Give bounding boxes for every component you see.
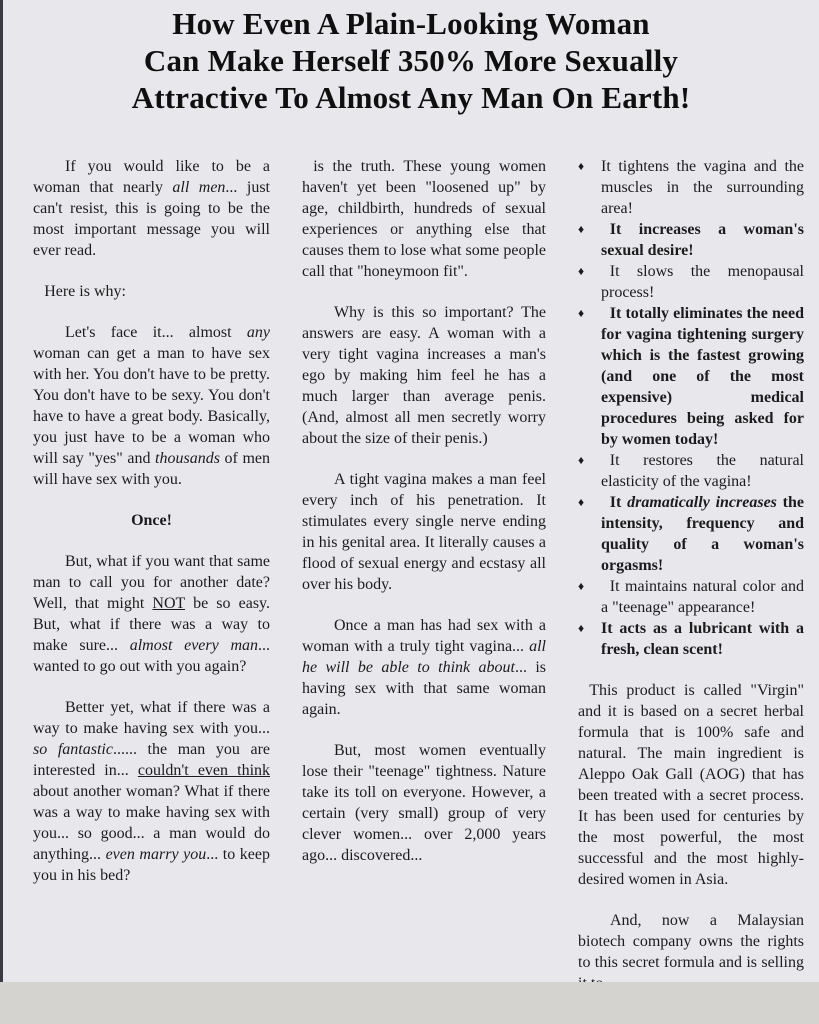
bottom-gray-band bbox=[0, 982, 819, 1024]
bullet-text: It maintains natural color and a "teenag… bbox=[601, 576, 804, 618]
text-run: It bbox=[610, 494, 627, 511]
text-run: It acts as a lubricant with a fresh, cle… bbox=[601, 620, 804, 658]
article-columns: If you would like to be a woman that nea… bbox=[33, 156, 804, 994]
column-left: If you would like to be a woman that nea… bbox=[33, 156, 270, 994]
bullet-text: It tightens the vagina and the muscles i… bbox=[601, 156, 804, 219]
benefits-bullet-list: ♦It tightens the vagina and the muscles … bbox=[578, 156, 804, 660]
text-run: But, most women eventually lose their "t… bbox=[302, 742, 546, 864]
bullet-item: ♦It slows the menopausal process! bbox=[578, 261, 804, 303]
text-run: It restores the natural elasticity of th… bbox=[601, 452, 804, 490]
text-run: This product is called "Virgin" and it i… bbox=[578, 682, 804, 888]
text-run: any bbox=[247, 324, 270, 341]
paragraph: But, what if you want that same man to c… bbox=[33, 551, 270, 677]
text-run: Once! bbox=[131, 512, 172, 529]
advertisement-page: { "theme": { "page_bg": "#e8e8ec", "band… bbox=[0, 0, 819, 1024]
headline: How Even A Plain-Looking Woman Can Make … bbox=[3, 5, 819, 116]
paragraph: Let's face it... almost any woman can ge… bbox=[33, 322, 270, 490]
text-run: Let's face it... almost bbox=[65, 324, 247, 341]
paragraph: A tight vagina makes a man feel every in… bbox=[302, 469, 546, 595]
column-right: ♦It tightens the vagina and the muscles … bbox=[578, 156, 804, 994]
paragraph: Why is this so important? The answers ar… bbox=[302, 302, 546, 449]
bullet-item: ♦It dramatically increases the intensity… bbox=[578, 492, 804, 576]
text-run: is the truth. These young women haven't … bbox=[302, 158, 546, 280]
text-run: Better yet, what if there was a way to m… bbox=[33, 699, 270, 737]
bullet-item: ♦It maintains natural color and a "teena… bbox=[578, 576, 804, 618]
text-run: almost every man bbox=[130, 637, 258, 654]
bullet-item: ♦It increases a woman's sexual desire! bbox=[578, 219, 804, 261]
bullet-item: ♦It totally eliminates the need for vagi… bbox=[578, 303, 804, 450]
paragraph: Once a man has had sex with a woman with… bbox=[302, 615, 546, 720]
paragraph: If you would like to be a woman that nea… bbox=[33, 156, 270, 261]
diamond-bullet-icon: ♦ bbox=[578, 492, 601, 513]
text-run: Once a man has had sex with a woman with… bbox=[302, 617, 546, 655]
column-middle: is the truth. These young women haven't … bbox=[302, 156, 546, 994]
diamond-bullet-icon: ♦ bbox=[578, 618, 601, 639]
text-run: all men bbox=[172, 179, 225, 196]
paragraph: Here is why: bbox=[33, 281, 270, 302]
bullet-item: ♦It acts as a lubricant with a fresh, cl… bbox=[578, 618, 804, 660]
text-run: A tight vagina makes a man feel every in… bbox=[302, 471, 546, 593]
paragraph: is the truth. These young women haven't … bbox=[302, 156, 546, 282]
bullet-item: ♦It restores the natural elasticity of t… bbox=[578, 450, 804, 492]
text-run: It tightens the vagina and the muscles i… bbox=[601, 158, 804, 217]
text-run: thousands bbox=[155, 450, 220, 467]
text-run: And, now a Malaysian biotech company own… bbox=[578, 912, 804, 992]
headline-line-3: Attractive To Almost Any Man On Earth! bbox=[3, 79, 819, 116]
text-run: It totally eliminates the need for vagin… bbox=[601, 305, 804, 448]
headline-line-1: How Even A Plain-Looking Woman bbox=[3, 5, 819, 42]
diamond-bullet-icon: ♦ bbox=[578, 156, 601, 177]
text-run: It increases a woman's sexual desire! bbox=[601, 221, 804, 259]
page-left-edge-line bbox=[0, 0, 3, 982]
text-run: dramatically increases bbox=[627, 494, 777, 511]
text-run: Why is this so important? The answers ar… bbox=[302, 304, 546, 447]
bullet-text: It restores the natural elasticity of th… bbox=[601, 450, 804, 492]
text-run: NOT bbox=[152, 595, 185, 612]
text-run: so fantastic bbox=[33, 741, 113, 758]
diamond-bullet-icon: ♦ bbox=[578, 450, 601, 471]
diamond-bullet-icon: ♦ bbox=[578, 303, 601, 324]
text-run: It slows the menopausal process! bbox=[601, 263, 804, 301]
bullet-text: It slows the menopausal process! bbox=[601, 261, 804, 303]
bullet-text: It totally eliminates the need for vagin… bbox=[601, 303, 804, 450]
diamond-bullet-icon: ♦ bbox=[578, 576, 601, 597]
text-run: woman can get a man to have sex with her… bbox=[33, 345, 270, 467]
text-run: even marry you bbox=[106, 846, 207, 863]
text-run: couldn't even think bbox=[138, 762, 270, 779]
bullet-text: It dramatically increases the intensity,… bbox=[601, 492, 804, 576]
bullet-text: It increases a woman's sexual desire! bbox=[601, 219, 804, 261]
diamond-bullet-icon: ♦ bbox=[578, 219, 601, 240]
bullet-text: It acts as a lubricant with a fresh, cle… bbox=[601, 618, 804, 660]
diamond-bullet-icon: ♦ bbox=[578, 261, 601, 282]
text-run: It maintains natural color and a "teenag… bbox=[601, 578, 804, 616]
text-run: Here is why: bbox=[44, 283, 126, 300]
paragraph: But, most women eventually lose their "t… bbox=[302, 740, 546, 866]
bullet-item: ♦It tightens the vagina and the muscles … bbox=[578, 156, 804, 219]
paragraph: This product is called "Virgin" and it i… bbox=[578, 680, 804, 890]
subheading: Once! bbox=[33, 510, 270, 531]
paragraph: Better yet, what if there was a way to m… bbox=[33, 697, 270, 886]
headline-line-2: Can Make Herself 350% More Sexually bbox=[3, 42, 819, 79]
